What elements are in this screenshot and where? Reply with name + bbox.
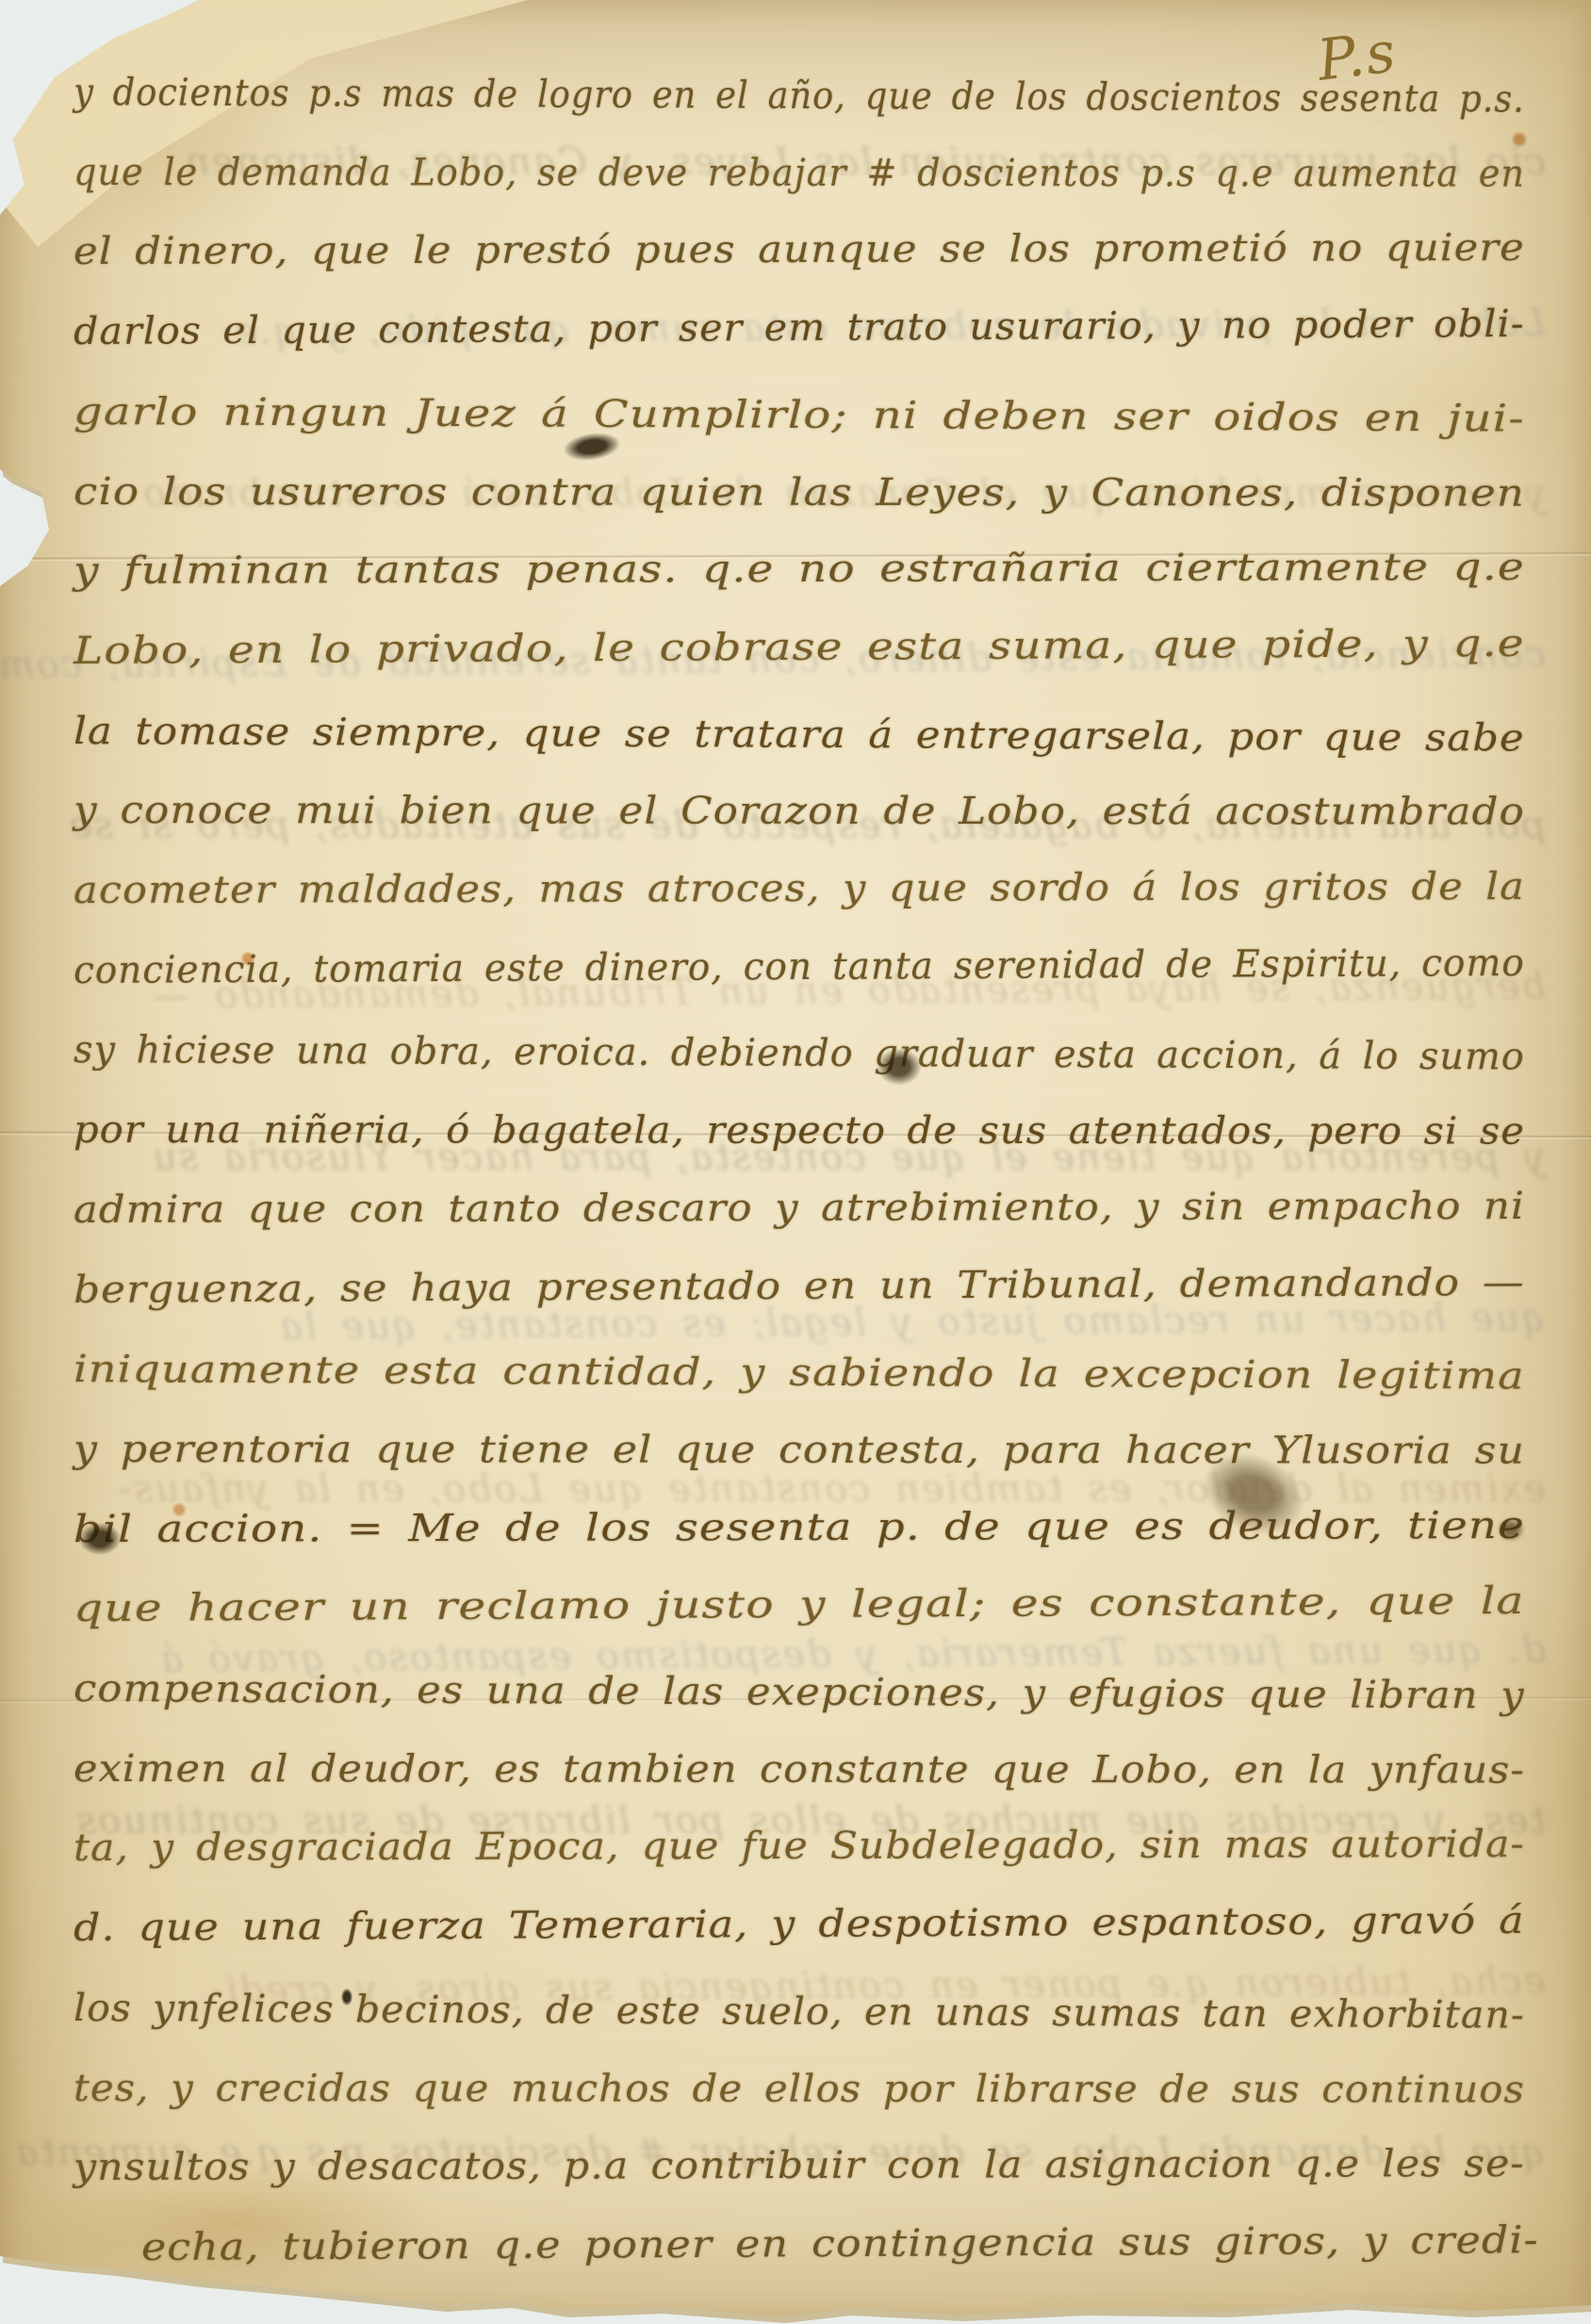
manuscript-line: y conoce mui bien que el Corazon de Lobo… [74, 784, 1525, 841]
manuscript-line-text: bil accion. = Me de los sesenta p. de qu… [74, 1499, 1525, 1556]
manuscript-line-text: por una niñeria, ó bagatela, respecto de… [74, 1104, 1525, 1158]
manuscript-line-text: berguenza, se haya presentado en un Trib… [74, 1255, 1525, 1316]
manuscript-line-text: el dinero, que le prestó pues aunque se … [74, 221, 1525, 278]
manuscript-line-text: acometer maldades, mas atroces, y que so… [74, 860, 1525, 917]
manuscript-line-text: ynsultos y desacatos, p.a contribuir con… [74, 2137, 1525, 2194]
manuscript-line: eximen al deudor, es tambien constante q… [74, 1743, 1525, 1799]
manuscript-line-text: garlo ningun Juez á Cumplirlo; ni deben … [74, 385, 1525, 446]
manuscript-line-text: admira que con tanto descaro y atrebimie… [74, 1180, 1525, 1236]
manuscript-line: y fulminan tantas penas. q.e no estrañar… [74, 541, 1525, 599]
manuscript-line-text: y fulminan tantas penas. q.e no estrañar… [74, 541, 1525, 597]
manuscript-line-text: echa, tubieron q.e poner en contingencia… [141, 2214, 1539, 2274]
manuscript-line: ynsultos y desacatos, p.a contribuir con… [74, 2137, 1525, 2196]
manuscript-line: la tomase siempre, que se tratara á entr… [74, 705, 1525, 767]
manuscript-line-text: d. que una fuerza Temeraria, y despotism… [74, 1894, 1525, 1955]
manuscript-line-text: eximen al deudor, es tambien constante q… [74, 1743, 1525, 1797]
manuscript-line: el dinero, que le prestó pues aunque se … [74, 221, 1525, 280]
manuscript-line: compensacion, es una de las exepciones, … [74, 1662, 1525, 1725]
manuscript-line: berguenza, se haya presentado en un Trib… [74, 1255, 1525, 1317]
manuscript-line: darlos el que contesta, por ser em trato… [74, 298, 1525, 360]
manuscript-line-text: la tomase siempre, que se tratara á entr… [74, 705, 1525, 765]
manuscript-line-text: conciencia, tomaria este dinero, con tan… [74, 937, 1525, 997]
manuscript-line: que hacer un reclamo justo y legal; es c… [74, 1575, 1525, 1637]
manuscript-line-text: Lobo, en lo privado, le cobrase esta sum… [74, 617, 1525, 678]
manuscript-line: los ynfelices becinos, de este suelo, en… [74, 1982, 1525, 2044]
manuscript-line-text: y perentoria que tiene el que contesta, … [74, 1423, 1525, 1478]
manuscript-line-text: iniquamente esta cantidad, y sabiendo la… [74, 1343, 1525, 1403]
manuscript-line: echa, tubieron q.e poner en contingencia… [141, 2214, 1539, 2276]
scanned-page: cio los usureros contra quien las Leyes,… [0, 0, 1591, 2324]
manuscript-line-text: compensacion, es una de las exepciones, … [74, 1662, 1525, 1723]
manuscript-line: d. que una fuerza Temeraria, y despotism… [74, 1894, 1525, 1956]
manuscript-line: y docientos p.s mas de logro en el año, … [74, 66, 1525, 128]
manuscript-line: acometer maldades, mas atroces, y que so… [74, 860, 1525, 919]
manuscript-line-text: que hacer un reclamo justo y legal; es c… [74, 1575, 1525, 1635]
manuscript-line: por una niñeria, ó bagatela, respecto de… [74, 1104, 1525, 1160]
manuscript-line: conciencia, tomaria este dinero, con tan… [74, 937, 1525, 999]
manuscript-line-text: sy hiciese una obra, eroica. debiendo gr… [74, 1023, 1525, 1084]
manuscript-line: iniquamente esta cantidad, y sabiendo la… [74, 1343, 1525, 1405]
manuscript-line-text: ta, y desgraciada Epoca, que fue Subdele… [74, 1818, 1525, 1874]
manuscript-line: bil accion. = Me de los sesenta p. de qu… [74, 1499, 1525, 1558]
manuscript-line: Lobo, en lo privado, le cobrase esta sum… [74, 617, 1525, 679]
manuscript-line: que le demanda Lobo, se deve rebajar # d… [74, 146, 1525, 203]
manuscript-text: P.s y docientos p.s mas de logro en el a… [0, 0, 1591, 2324]
manuscript-line: tes, y crecidas que muchos de ellos por … [74, 2062, 1525, 2119]
manuscript-line-text: cio los usureros contra quien las Leyes,… [74, 466, 1525, 520]
manuscript-line-text: y conoce mui bien que el Corazon de Lobo… [74, 784, 1525, 839]
manuscript-line-text: darlos el que contesta, por ser em trato… [74, 298, 1525, 358]
manuscript-line: y perentoria que tiene el que contesta, … [74, 1423, 1525, 1480]
manuscript-line: admira que con tanto descaro y atrebimie… [74, 1180, 1525, 1238]
manuscript-line: ta, y desgraciada Epoca, que fue Subdele… [74, 1818, 1525, 1876]
manuscript-line: cio los usureros contra quien las Leyes,… [74, 466, 1525, 522]
manuscript-line-text: los ynfelices becinos, de este suelo, en… [74, 1982, 1525, 2042]
manuscript-paper: cio los usureros contra quien las Leyes,… [0, 0, 1591, 2324]
manuscript-line-text: y docientos p.s mas de logro en el año, … [74, 66, 1525, 126]
manuscript-line: garlo ningun Juez á Cumplirlo; ni deben … [74, 385, 1525, 448]
manuscript-line-text: tes, y crecidas que muchos de ellos por … [74, 2062, 1525, 2117]
manuscript-line: sy hiciese una obra, eroica. debiendo gr… [74, 1023, 1525, 1086]
manuscript-line-text: que le demanda Lobo, se deve rebajar # d… [74, 146, 1525, 201]
